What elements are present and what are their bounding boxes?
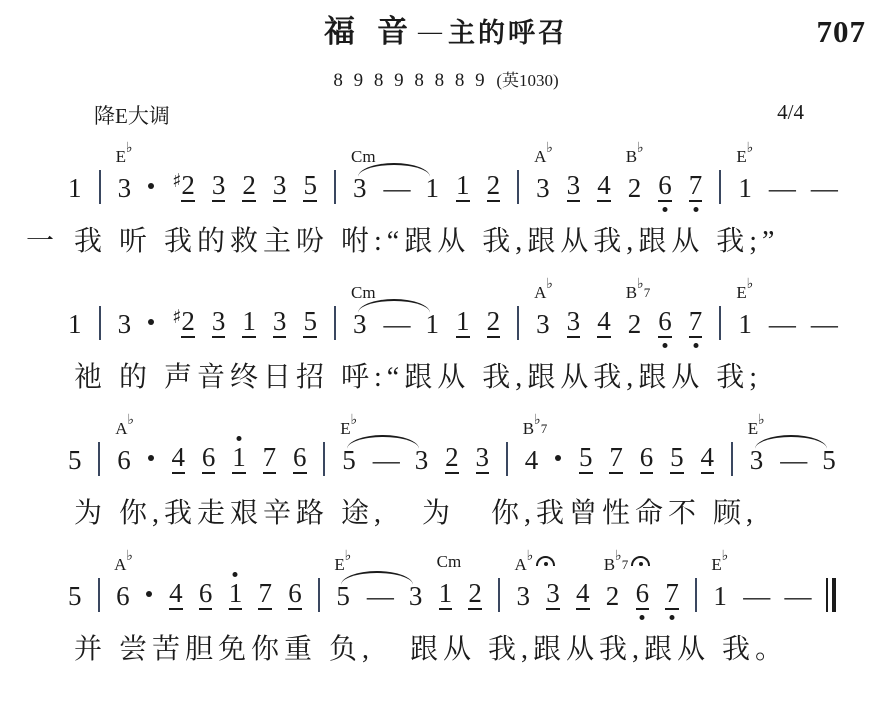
note-digit: 3 [273, 172, 287, 202]
meter-reference: (英1030) [496, 71, 558, 90]
note: 2 [445, 444, 459, 474]
note: E♭5 [336, 583, 350, 610]
note-digit: 1 [229, 580, 243, 610]
note-digit: 3 [212, 308, 226, 338]
note: 5 [303, 308, 317, 338]
note: 2 [487, 172, 501, 202]
note-digit: 3 [415, 447, 429, 474]
chord-label: E♭ [340, 420, 357, 437]
music-line-1: 1E♭3♯23235Cm3—112A♭334B♭267E♭1—— [68, 142, 836, 202]
chord-text: E [334, 556, 344, 573]
note: 1 [68, 175, 82, 202]
octave-dot-below [663, 343, 668, 348]
chord-label: A♭ [534, 284, 553, 301]
chord-text: B [523, 420, 534, 437]
note-digit: 5 [303, 172, 317, 202]
flat-icon: ♭ [722, 549, 729, 563]
final-barline [826, 578, 836, 612]
note: Cm3 [353, 311, 367, 338]
note: 4 [576, 580, 590, 610]
note-digit: 2 [628, 175, 642, 202]
chord-text: E [736, 284, 746, 301]
dash-note: — [780, 447, 805, 474]
octave-dot-below [663, 207, 668, 212]
note: 5 [68, 447, 82, 474]
note: 7 [609, 444, 623, 474]
chord-text: B [626, 284, 637, 301]
note: E♭5 [342, 447, 356, 474]
note: 4 [597, 308, 611, 338]
barline [334, 306, 336, 340]
chord-label: B♭ [626, 148, 644, 165]
lyric-text: 我 听 我的救主吩 咐:“跟从 我,跟从我,跟从 我;” [74, 219, 779, 259]
chord-label: Cm [351, 284, 376, 301]
note: B♭72 [628, 311, 642, 338]
barline [695, 578, 697, 612]
note-digit: 3 [118, 311, 132, 338]
note: 7 [258, 580, 272, 610]
chord-label: E♭ [736, 284, 753, 301]
augmentation-dot [146, 583, 153, 610]
augmentation-dot [555, 447, 562, 474]
note-digit: 1 [456, 308, 470, 338]
slur-group: E♭3—5 [750, 447, 836, 474]
note: 7 [665, 580, 679, 610]
note: 1 [456, 172, 470, 202]
barline [517, 306, 519, 340]
note: 3 [476, 444, 490, 474]
lyric-text: 祂 的 声音终日招 呼:“跟从 我,跟从我,跟从 我; [74, 355, 762, 395]
barline [99, 170, 101, 204]
time-signature: 4/4 [777, 100, 804, 130]
note-digit: 3 [273, 308, 287, 338]
fermata-icon [536, 556, 555, 566]
lyric-line-2: 祂 的 声音终日招 呼:“跟从 我,跟从我,跟从 我; [26, 348, 882, 402]
note-digit: 7 [689, 172, 703, 202]
flat-icon: ♭ [527, 549, 534, 563]
note-digit: 7 [609, 444, 623, 474]
flat-icon: ♭ [126, 549, 133, 563]
flat-icon: ♭ [747, 277, 754, 291]
note-digit: 1 [68, 311, 82, 338]
note: 1 [426, 175, 440, 202]
chord-label: E♭ [748, 420, 765, 437]
lyric-line-1: 一我 听 我的救主吩 咐:“跟从 我,跟从我,跟从 我;” [26, 212, 882, 266]
syllable-meter: 8 9 8 9 8 8 8 9 [333, 70, 487, 91]
dash-note: — [743, 583, 768, 610]
note: Cm1 [439, 580, 453, 610]
chord-label: B♭7 [626, 284, 650, 301]
note: 3 [415, 447, 429, 474]
chord-text: C [351, 148, 362, 165]
lyric-text: 为 你,我走艰辛路 途, 为 你,我曾性命不 顾, [74, 491, 758, 531]
dash-note: — [373, 447, 398, 474]
note: 6 [658, 172, 672, 202]
score: 1E♭3♯23235Cm3—112A♭334B♭267E♭1——一我 听 我的救… [0, 142, 892, 674]
note-digit: 3 [567, 308, 581, 338]
note-digit: 1 [68, 175, 82, 202]
hymn-subtitle: 主的呼召 [448, 18, 568, 48]
note-digit: 2 [606, 583, 620, 610]
note-digit: 3 [353, 175, 367, 202]
flat-icon: ♭ [345, 549, 352, 563]
dot [148, 183, 154, 189]
key-row: 降E大调 4/4 [0, 92, 892, 130]
note-digit: 2 [181, 308, 195, 338]
note: 6 [658, 308, 672, 338]
chord-text: m [362, 148, 375, 165]
chord-text: E [711, 556, 721, 573]
note: ♯2 [172, 308, 195, 338]
music-line-3: 5A♭646176E♭5—323B♭7457654E♭3—5 [68, 414, 836, 474]
note: 4 [172, 444, 186, 474]
chord-label: A♭ [115, 420, 134, 437]
barline [98, 578, 100, 612]
note: E♭1 [738, 311, 752, 338]
note-digit: 6 [117, 447, 131, 474]
note-digit: 4 [576, 580, 590, 610]
note-digit: 5 [336, 583, 350, 610]
flat-icon: ♭ [615, 549, 622, 563]
barline [719, 170, 721, 204]
flat-icon: ♭ [351, 413, 358, 427]
note-digit: 6 [636, 580, 650, 610]
note: Cm3 [353, 175, 367, 202]
page-title: 福音—主的呼召 [0, 14, 892, 53]
note-digit: 4 [701, 444, 715, 474]
barline [506, 442, 508, 476]
augmentation-dot [148, 175, 155, 202]
barline [334, 170, 336, 204]
barline [498, 578, 500, 612]
note: 5 [822, 447, 836, 474]
note: B♭2 [628, 175, 642, 202]
note: 1 [229, 580, 243, 610]
note: 4 [597, 172, 611, 202]
note: 6 [202, 444, 216, 474]
note: 5 [579, 444, 593, 474]
note-digit: 5 [342, 447, 356, 474]
note-digit: 5 [670, 444, 684, 474]
note-digit: 2 [242, 172, 256, 202]
chord-text: E [748, 420, 758, 437]
final-barline-thin [826, 578, 828, 612]
note-digit: 1 [242, 308, 256, 338]
note-digit: 1 [426, 311, 440, 338]
note-digit: 6 [199, 580, 213, 610]
flat-icon: ♭ [546, 277, 553, 291]
note-digit: 2 [628, 311, 642, 338]
dot [148, 319, 154, 325]
flat-icon: ♭ [637, 141, 644, 155]
note-digit: 5 [68, 447, 82, 474]
flat-icon: ♭ [128, 413, 135, 427]
note: E♭1 [738, 175, 752, 202]
note-digit: 1 [738, 175, 752, 202]
note-digit: 3 [536, 175, 550, 202]
note-digit: 6 [288, 580, 302, 610]
note-digit: 1 [439, 580, 453, 610]
note: 3 [273, 172, 287, 202]
key-signature: 降E大调 [94, 100, 170, 130]
octave-dot-below [670, 615, 675, 620]
note-digit: 6 [658, 172, 672, 202]
note-digit: 5 [303, 308, 317, 338]
note-digit: 2 [445, 444, 459, 474]
note-digit: 2 [487, 172, 501, 202]
dash-note: — [811, 175, 836, 202]
chord-label: E♭ [736, 148, 753, 165]
flat-icon: ♭ [747, 141, 754, 155]
note-digit: 6 [640, 444, 654, 474]
chord-label: E♭ [116, 148, 133, 165]
note-digit: 4 [169, 580, 183, 610]
lyric-line-3: 为 你,我走艰辛路 途, 为 你,我曾性命不 顾, [26, 484, 882, 538]
note: 7 [689, 172, 703, 202]
flat-icon: ♭ [637, 277, 644, 291]
note: A♭6 [116, 583, 130, 610]
note: 5 [68, 583, 82, 610]
dot [555, 455, 561, 461]
chord-label: E♭ [334, 556, 351, 573]
chord-text: m [448, 553, 461, 570]
slur-group: Cm3—1 [353, 175, 439, 202]
note-digit: 1 [232, 444, 246, 474]
note: B♭74 [525, 447, 539, 474]
note: 6 [293, 444, 307, 474]
chord-text: 7 [644, 286, 651, 299]
chord-text: m [362, 284, 375, 301]
note-digit: 7 [665, 580, 679, 610]
flat-icon: ♭ [758, 413, 765, 427]
slur-group: E♭5—3 [336, 583, 422, 610]
barline [318, 578, 320, 612]
note-digit: 3 [567, 172, 581, 202]
chord-text: A [514, 556, 526, 573]
barline [99, 306, 101, 340]
note: 6 [288, 580, 302, 610]
note-digit: 7 [258, 580, 272, 610]
note-digit: 3 [353, 311, 367, 338]
note: 1 [232, 444, 246, 474]
sharp-icon: ♯ [172, 170, 181, 192]
hymn-page: 707 福音—主的呼召 8 9 8 9 8 8 8 9 (英1030) 降E大调… [0, 0, 892, 708]
dot [148, 455, 154, 461]
note-digit: 6 [116, 583, 130, 610]
dash-note: — [784, 583, 809, 610]
note-digit: 1 [456, 172, 470, 202]
note: 1 [68, 311, 82, 338]
note: E♭1 [713, 583, 727, 610]
slur-group: Cm3—1 [353, 311, 439, 338]
note: B♭72 [606, 583, 620, 610]
note: 5 [303, 172, 317, 202]
note-digit: 3 [212, 172, 226, 202]
verse-number: 一 [26, 219, 74, 259]
note: 6 [199, 580, 213, 610]
chord-text: A [114, 556, 126, 573]
note: 7 [263, 444, 277, 474]
note: 2 [468, 580, 482, 610]
hymn-title: 福音 [324, 14, 430, 49]
note-digit: 2 [181, 172, 195, 202]
dash-note: — [384, 311, 409, 338]
chord-text: E [116, 148, 126, 165]
note-digit: 6 [293, 444, 307, 474]
note-digit: 5 [68, 583, 82, 610]
chord-label: B♭7 [523, 420, 547, 437]
note: 3 [273, 308, 287, 338]
dash-note: — [384, 175, 409, 202]
note: 1 [456, 308, 470, 338]
chord-label: B♭7 [604, 556, 650, 573]
fermata-icon [631, 556, 650, 566]
note: 3 [567, 308, 581, 338]
note: 3 [212, 308, 226, 338]
note: 2 [487, 308, 501, 338]
barline [98, 442, 100, 476]
note-digit: 4 [597, 308, 611, 338]
chord-text: B [604, 556, 615, 573]
note-digit: 4 [597, 172, 611, 202]
note-digit: 3 [118, 175, 132, 202]
note: E♭3 [118, 175, 132, 202]
chord-text: 7 [622, 558, 629, 571]
note-digit: 6 [658, 308, 672, 338]
note-digit: 5 [822, 447, 836, 474]
note: 6 [636, 580, 650, 610]
note: 3 [409, 583, 423, 610]
chord-text: E [340, 420, 350, 437]
note-digit: 1 [713, 583, 727, 610]
chord-text: B [626, 148, 637, 165]
note: 4 [701, 444, 715, 474]
note-digit: 4 [172, 444, 186, 474]
note-digit: 3 [409, 583, 423, 610]
note-digit: 3 [536, 311, 550, 338]
note-digit: 3 [750, 447, 764, 474]
flat-icon: ♭ [126, 141, 133, 155]
octave-dot-below [693, 343, 698, 348]
barline [731, 442, 733, 476]
note-digit: 6 [202, 444, 216, 474]
note: A♭6 [117, 447, 131, 474]
augmentation-dot [148, 311, 155, 338]
note: 6 [640, 444, 654, 474]
meter-row: 8 9 8 9 8 8 8 9 (英1030) [0, 66, 892, 92]
chord-text: C [437, 553, 448, 570]
note: 3 [212, 172, 226, 202]
chord-label: Cm [351, 148, 376, 165]
note-digit: 5 [579, 444, 593, 474]
octave-dot-above [233, 572, 238, 577]
note: A♭3 [536, 175, 550, 202]
note: 1 [426, 311, 440, 338]
note-digit: 2 [468, 580, 482, 610]
music-line-4: 5A♭646176E♭5—3Cm12A♭334B♭7267E♭1—— [68, 550, 836, 610]
dash-note: — [811, 311, 836, 338]
note-digit: 3 [516, 583, 530, 610]
chord-text: 7 [541, 422, 548, 435]
chord-label: Cm [437, 553, 462, 570]
chord-text: A [534, 284, 546, 301]
lyric-text: 并 尝苦胆免你重 负, 跟从 我,跟从我,跟从 我。 [74, 627, 788, 667]
fermata-dot [544, 562, 548, 566]
note: 5 [670, 444, 684, 474]
flat-icon: ♭ [546, 141, 553, 155]
chord-text: E [736, 148, 746, 165]
note: 1 [242, 308, 256, 338]
note: 3 [567, 172, 581, 202]
dash-note: — [769, 311, 794, 338]
note: A♭3 [516, 583, 530, 610]
note-digit: 7 [263, 444, 277, 474]
flat-icon: ♭ [534, 413, 541, 427]
note-digit: 7 [689, 308, 703, 338]
barline [517, 170, 519, 204]
note: 4 [169, 580, 183, 610]
chord-text: A [115, 420, 127, 437]
sharp-icon: ♯ [172, 306, 181, 328]
note-digit: 3 [546, 580, 560, 610]
barline [323, 442, 325, 476]
dash-note: — [367, 583, 392, 610]
chord-label: E♭ [711, 556, 728, 573]
octave-dot-above [237, 436, 242, 441]
fermata-dot [639, 562, 643, 566]
music-line-2: 13♯23135Cm3—112A♭334B♭7267E♭1—— [68, 278, 836, 338]
barline [719, 306, 721, 340]
note-digit: 1 [426, 175, 440, 202]
chord-text: C [351, 284, 362, 301]
dash-note: — [769, 175, 794, 202]
note: E♭3 [750, 447, 764, 474]
chord-label: A♭ [534, 148, 553, 165]
page-header: 707 福音—主的呼召 8 9 8 9 8 8 8 9 (英1030) 降E大调… [0, 0, 892, 130]
title-dash: — [418, 19, 442, 45]
note-digit: 4 [525, 447, 539, 474]
augmentation-dot [148, 447, 155, 474]
page-number: 707 [817, 14, 867, 50]
note: 3 [546, 580, 560, 610]
chord-text: A [534, 148, 546, 165]
octave-dot-below [693, 207, 698, 212]
note: 7 [689, 308, 703, 338]
note-digit: 2 [487, 308, 501, 338]
note: 2 [242, 172, 256, 202]
note-digit: 1 [738, 311, 752, 338]
slur-group: E♭5—3 [342, 447, 428, 474]
note: ♯2 [172, 172, 195, 202]
note-digit: 3 [476, 444, 490, 474]
lyric-line-4: 并 尝苦胆免你重 负, 跟从 我,跟从我,跟从 我。 [26, 620, 882, 674]
chord-label: A♭ [114, 556, 133, 573]
final-barline-thick [832, 578, 836, 612]
chord-label: A♭ [514, 556, 555, 573]
octave-dot-below [640, 615, 645, 620]
dot [146, 591, 152, 597]
note: A♭3 [536, 311, 550, 338]
note: 3 [118, 311, 132, 338]
